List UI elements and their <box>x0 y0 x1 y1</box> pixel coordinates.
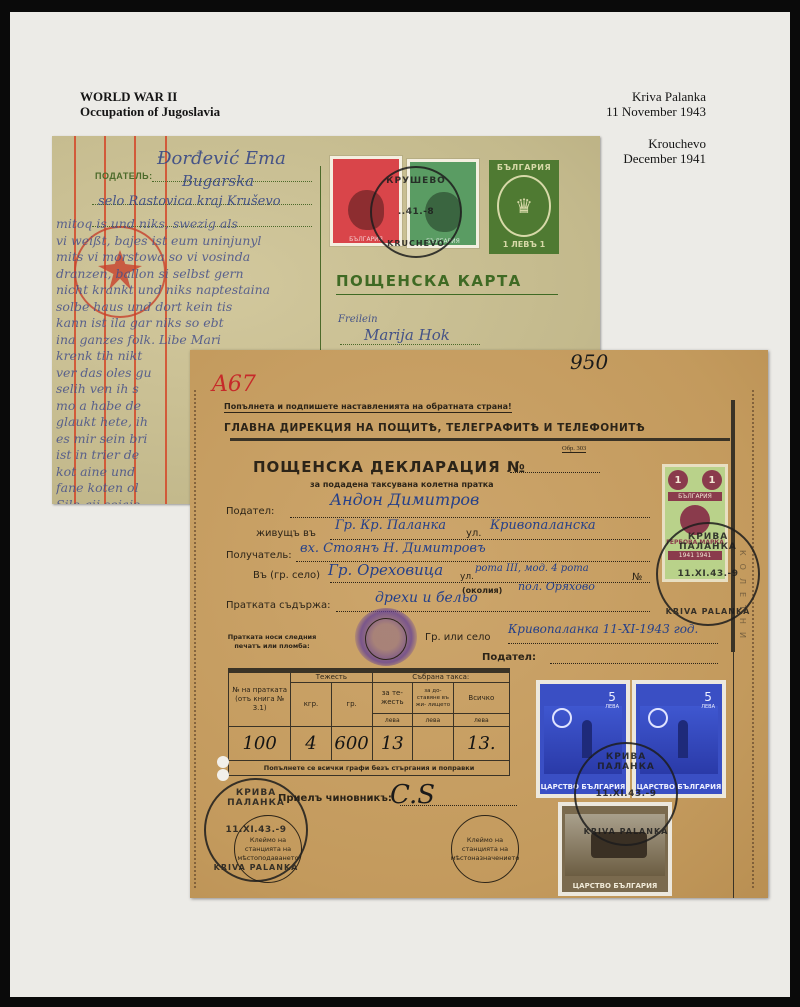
seal-label: Пратката носи следния печатъ или пломба: <box>222 633 322 651</box>
contents-label: Пратката съдържа: <box>226 600 331 611</box>
recipient-salutation: Freilein <box>338 314 378 325</box>
postmark-town-latin: KRIVA PALANKA <box>576 827 676 836</box>
residing-value: Гр. Кр. Паланка <box>335 518 446 533</box>
message-line: ina ganzes folk. Libe Mari <box>56 332 316 349</box>
violet-seal-icon <box>355 608 417 666</box>
header-rule <box>230 438 730 441</box>
sender-sign-label: Подател: <box>482 652 536 663</box>
indicium-country: БЪЛГАРИЯ <box>489 160 559 172</box>
postmark-town: КРИВА ПАЛАНКА <box>206 788 306 808</box>
title-underline <box>336 294 558 295</box>
postmark-town-latin: KRIVA PALANKA <box>658 607 758 616</box>
header-g: гр. <box>331 683 372 727</box>
postcard-sender-address-1: Bugarska <box>182 172 254 190</box>
declaration-header: ГЛАВНА ДИРЕКЦИЯ НА ПОЩИТѢ, ТЕЛЕГРАФИТѢ И… <box>224 422 645 434</box>
postmark-town: КРУШЕВО <box>372 176 460 186</box>
dotted-line <box>550 663 718 664</box>
header-for-delivery: за до- ставяне въ жи- лището <box>413 683 454 714</box>
sender-value: Андон Димитров <box>330 490 479 509</box>
clerk-signature: C.S <box>390 780 435 810</box>
stamp-country: ЦАРСТВО БЪЛГАРИЯ <box>562 882 668 890</box>
postcard-sender-label: ПОДАТЕЛЬ: <box>95 171 153 181</box>
declaration-title: ПОЩЕНСКА ДЕКЛАРАЦИЯ № <box>253 458 526 476</box>
town-label: Гр. или село <box>425 632 491 643</box>
message-line: kann ist ila gar niks so ebt <box>56 315 316 332</box>
declaration-subtitle: за подадена таксувана колетна пратка <box>310 480 494 489</box>
table-row: 100 4 600 13 13. <box>229 727 510 761</box>
residing-label: живущъ въ <box>256 528 316 539</box>
dotted-line <box>330 539 650 540</box>
caption-date-2: December 1941 <box>623 151 706 166</box>
postmark-date: 11.XI.43.-9 <box>677 569 738 579</box>
fees-table: № на пратката (отъ книга № 3.1) Тежесть … <box>228 672 510 776</box>
postmark-town: КРИВА ПАЛАНКА <box>576 752 676 772</box>
cell-item-no: 100 <box>229 727 291 761</box>
caption-left: WORLD WAR II Occupation of Jugoslavia <box>80 89 220 119</box>
ink-reference-black: 950 <box>570 350 608 374</box>
message-line: nicht krankt und niks naptestaina <box>56 282 316 299</box>
recipient-label: Получатель: <box>226 550 292 561</box>
postcard-title: ПОЩЕНСКА КАРТА <box>336 272 522 290</box>
postal-declaration: КОЛЕТНИ A67 950 Попълнета и подпишете на… <box>190 350 768 898</box>
postmark-date: 11.XI.43.-9 <box>595 789 656 799</box>
header-total: Всичко <box>453 683 509 714</box>
album-page: WORLD WAR II Occupation of Jugoslavia Kr… <box>10 12 790 997</box>
cell-for-delivery <box>413 727 454 761</box>
caption-place-1: Kriva Palanka <box>632 89 706 104</box>
contents-value: дрехи и бельо <box>375 590 478 606</box>
caption-subtitle: Occupation of Jugoslavia <box>80 104 220 119</box>
destination-label: Въ (гр. село) <box>253 570 320 581</box>
postcard-sender-name: Đorđević Ema <box>157 148 286 169</box>
cell-g: 600 <box>331 727 372 761</box>
table-footer-note: Попълнете се всички графи безъ стъргания… <box>229 761 510 776</box>
dotted-line <box>340 344 480 345</box>
stamp-unit: ЛЕВА <box>605 702 619 712</box>
currency-label: лева <box>413 714 454 727</box>
postmark-kriva-palanka: КРИВА ПАЛАНКА 11.XI.43.-9 KRIVA PALANKA <box>656 522 760 626</box>
postcard-sender-address-2: selo Rastovica kraj Kruševo <box>98 194 281 209</box>
revenue-value: 1 <box>702 470 722 490</box>
currency-label: лева <box>453 714 509 727</box>
postmark-krushevo: КРУШЕВО ..41.-8 KRUCHEVO <box>370 166 462 258</box>
street-value: Кривопаланска <box>490 518 596 533</box>
street2-label: ул. <box>460 572 474 582</box>
message-line: dranzen, ballon si selbst gern <box>56 266 316 283</box>
stamp-unit: ЛЕВА <box>701 702 715 712</box>
postmark-date: ..41.-8 <box>398 207 434 217</box>
message-line: mitoq is und niks, swezig als <box>56 216 316 233</box>
cell-for-weight: 13 <box>372 727 413 761</box>
revenue-country: БЪЛГАРИЯ <box>668 492 722 501</box>
postmark-date: 11.XI.43.-9 <box>225 825 286 835</box>
message-line: solbe haus und dort kein tis <box>56 299 316 316</box>
dotted-line <box>330 582 650 583</box>
recipient-value: вх. Стоянъ Н. Димитровъ <box>300 541 486 556</box>
recipient-name: Marija Hok <box>364 326 450 344</box>
currency-label: лева <box>372 714 413 727</box>
indicium-value: 1 ЛЕВЪ 1 <box>489 240 559 249</box>
cell-kg: 4 <box>291 727 331 761</box>
postmark-kriva-palanka: КРИВА ПАЛАНКА 11.XI.43.-9 KRIVA PALANKA <box>204 778 308 882</box>
street2-value: рота III, мод. 4 рота <box>475 563 589 574</box>
revenue-value: 1 <box>668 470 688 490</box>
coat-of-arms-icon: ♛ <box>497 175 551 237</box>
header-kg: кгр. <box>291 683 331 727</box>
message-line: mits vi morstowa so vi vosinda <box>56 249 316 266</box>
postcard-indicium: БЪЛГАРИЯ ♛ 1 ЛЕВЪ 1 <box>489 160 559 254</box>
postmark-town-latin: KRIVA PALANKA <box>206 863 306 872</box>
ink-reference-red: A67 <box>212 372 256 397</box>
perforation <box>752 390 756 888</box>
postmark-town-latin: KRUCHEVO <box>372 239 460 248</box>
postmark-kriva-palanka: КРИВА ПАЛАНКА 11.XI.43.-9 KRIVA PALANKA <box>574 742 678 846</box>
dotted-line <box>508 643 718 644</box>
punch-holes <box>217 756 229 782</box>
dotted-line <box>510 472 600 473</box>
district-value: пол. Оряхово <box>518 580 595 593</box>
border-bar <box>733 652 734 898</box>
caption-title: WORLD WAR II <box>80 89 177 104</box>
destination-value: Гр. Ореховица <box>328 561 443 579</box>
perforation <box>194 390 198 888</box>
header-for-weight: за те- жесть <box>372 683 413 714</box>
town-value: Кривопаланка 11-XI-1943 год. <box>508 622 698 636</box>
declaration-note: Попълнета и подпишете наставленията на о… <box>224 402 512 413</box>
street-label: ул. <box>466 528 482 539</box>
destination-station-text: Клеймо на станцията на мѣстоназначението <box>451 836 520 863</box>
cell-total: 13. <box>453 727 509 761</box>
header-item-no: № на пратката (отъ книга № 3.1) <box>229 673 291 727</box>
caption-right: Kriva Palanka 11 November 1943 Krouchevo… <box>606 89 706 166</box>
destination-station-circle: Клеймо на станцията на мѣстоназначението <box>451 815 519 883</box>
caption-date-1: 11 November 1943 <box>606 104 706 119</box>
header-collected: Събрана такса: <box>372 673 510 683</box>
postmark-town: КРИВА ПАЛАНКА <box>658 532 758 552</box>
header-weight: Тежесть <box>291 673 372 683</box>
message-line: vi weißt, bajes ist eum uninjunyl <box>56 233 316 250</box>
caption-place-2: Krouchevo <box>648 136 706 151</box>
form-number: Обр. 303 <box>562 445 586 453</box>
sender-label: Подател: <box>226 506 274 517</box>
